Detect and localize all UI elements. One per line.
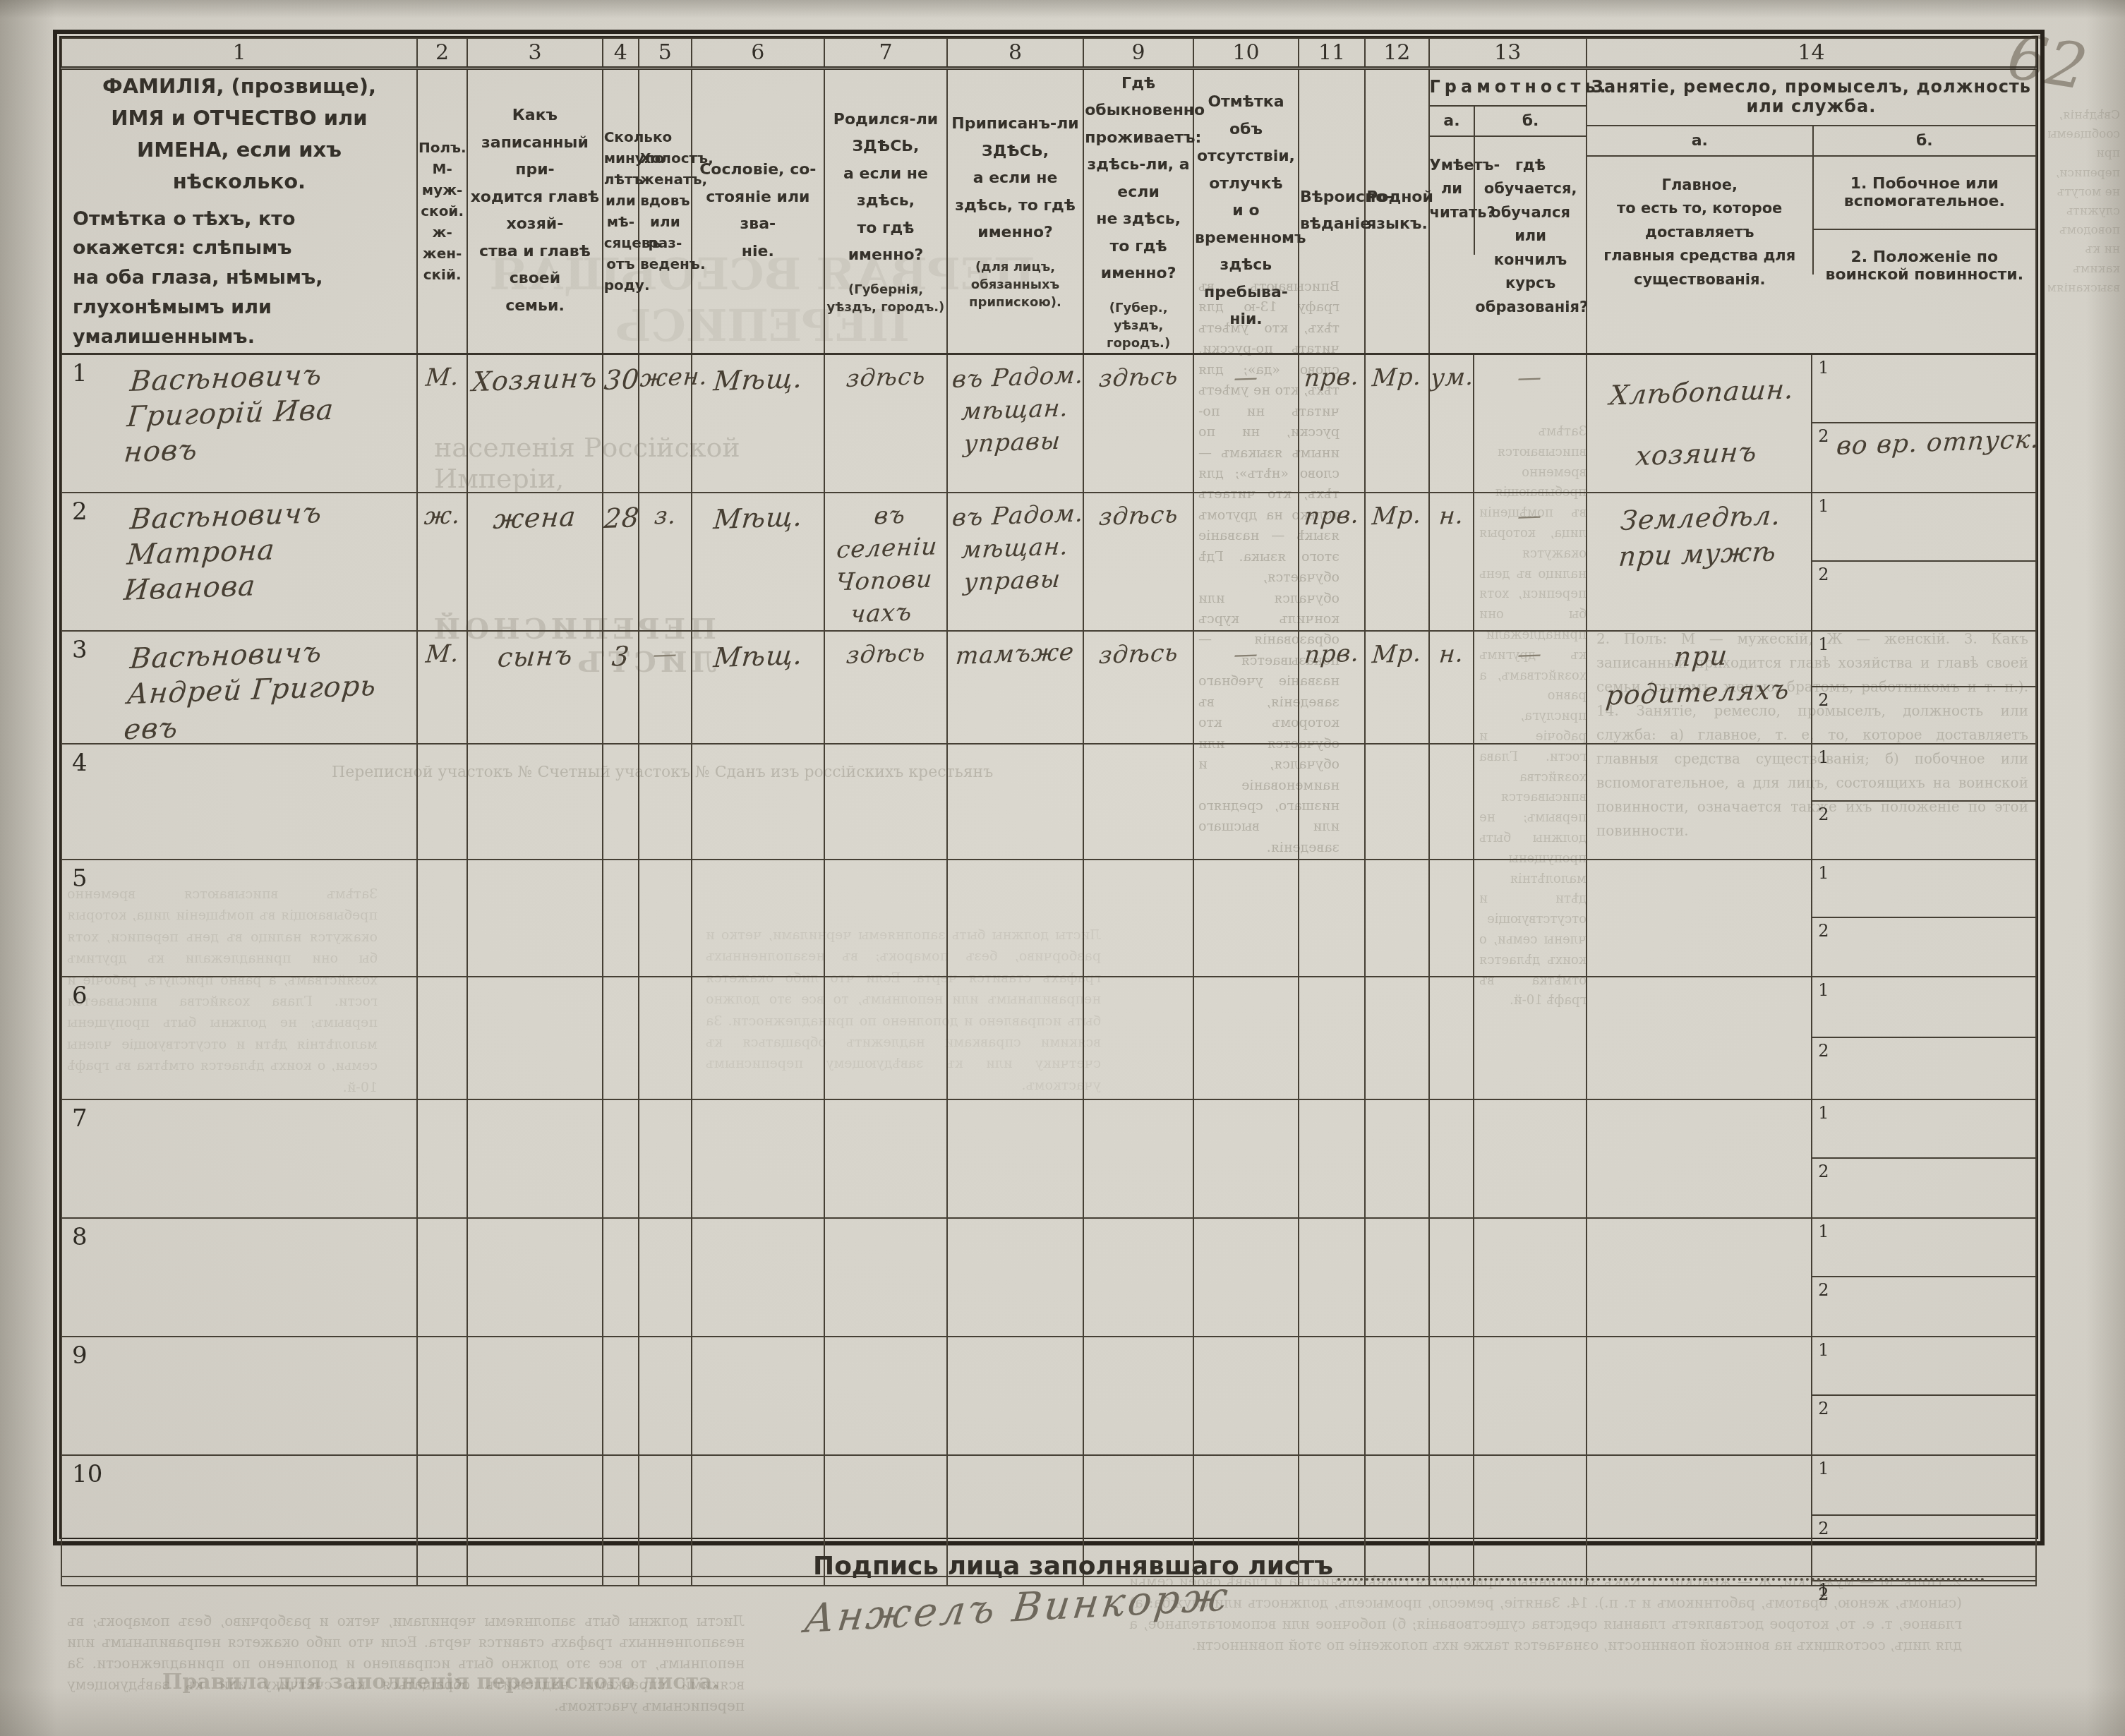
entry-age: 28 <box>602 500 641 537</box>
entry-marital: жен. <box>639 361 709 395</box>
header-estate-label: Сословіе, со- стояніе или зва- ніе. <box>693 157 824 265</box>
page-edge-shadow <box>0 0 2125 18</box>
entry-occupation-main: Хлѣбопашн. хозяинъ <box>1601 358 1796 489</box>
header-estate: Сословіе, со- стояніе или зва- ніе. <box>692 68 825 354</box>
census-table-frame: 1 2 3 4 5 6 7 8 9 10 11 12 13 14 ФАМИЛІЯ… <box>53 30 2045 1545</box>
entry-age: 30 <box>602 361 641 399</box>
row-number: 3 <box>72 636 88 664</box>
signature-line: Подпись лица заполнявшаго листъ <box>813 1551 1985 1581</box>
row-number: 9 <box>72 1342 88 1370</box>
entry-name: Васѣновичъ Матрона Иванова <box>122 495 323 608</box>
header-name-note: Отмѣтка о тѣхъ, кто окажется: слѣпымъ на… <box>63 198 416 352</box>
entry-occupation-main: Земледѣл. при мужѣ <box>1616 497 1783 575</box>
table-row: 3Васѣновичъ Андрей Григорь евъ М. сынъ 3… <box>61 631 2036 744</box>
table-row: 7 1 2 <box>61 1099 2036 1218</box>
entry-residence: здѣсь <box>1097 361 1180 396</box>
bleedthrough-margin: Свѣдѣнія, сообщаемыя при переписи, не мо… <box>2048 106 2120 1574</box>
col-number: 5 <box>639 38 691 68</box>
entry-religion: прв. <box>1303 638 1361 673</box>
header-name-column: ФАМИЛІЯ, (прозвище), ИМЯ и ОТЧЕСТВО или … <box>61 68 417 354</box>
col-number: 12 <box>1365 38 1428 68</box>
entry-sex: М. <box>424 638 461 672</box>
row-number: 8 <box>72 1223 88 1251</box>
entry-estate: Мѣщ. <box>711 637 804 677</box>
entry-language: Мр. <box>1371 638 1423 673</box>
header-row: ФАМИЛІЯ, (прозвище), ИМЯ и ОТЧЕСТВО или … <box>61 68 2036 354</box>
census-sheet-page: ПЕРВАЯ ВСЕОБЩАЯ ПЕРЕПИСЬ населенія Россі… <box>0 0 2125 1736</box>
entry-estate: Мѣщ. <box>711 498 804 538</box>
table-row: 6 1 2 <box>61 977 2036 1099</box>
header-sex-label: Полъ. М-муж- ской. ж-жен- скій. <box>419 137 466 285</box>
col-number: 13 <box>1429 38 1587 68</box>
entry-birthplace: здѣсь <box>845 361 927 396</box>
table-row: 4 1 2 <box>61 744 2036 860</box>
signature-dotted-line <box>1337 1551 1985 1581</box>
entry-relation: жена <box>492 498 578 538</box>
sub-row-2-label: 2 <box>1818 690 1829 710</box>
entry-estate: Мѣщ. <box>711 361 804 400</box>
entry-absence: — <box>1232 638 1260 671</box>
entry-language: Мр. <box>1371 361 1423 396</box>
entry-marital: — <box>651 638 679 671</box>
entry-relation: сынъ <box>495 637 574 676</box>
header-relation-label: Какъ записанный при- ходится главѣ хозяй… <box>469 102 601 320</box>
page-edge-shadow <box>0 0 56 1736</box>
entry-birthplace: въ селеніи Чопови чахъ <box>820 498 951 632</box>
sub-row-1-label: 1 <box>1818 1103 1829 1123</box>
header-literacy: Грамотность. а. Умѣетъ- ли читать? б. гд… <box>1429 68 1587 354</box>
page-edge-shadow <box>0 1687 2125 1736</box>
bleedthrough-rules-heading: Правила для заполненія переписного листа… <box>124 1670 759 1694</box>
sub-row-1-label: 1 <box>1818 634 1829 654</box>
row-number: 4 <box>72 749 88 777</box>
header-age: Сколько минуло лѣтъ или мѣ- сяцевъ отъ р… <box>603 68 639 354</box>
row-number: 5 <box>72 864 88 893</box>
entry-birthplace: здѣсь <box>845 637 927 673</box>
col-number: 7 <box>824 38 947 68</box>
entry-sex: ж. <box>423 500 462 534</box>
sub-row-2-label: 2 <box>1818 921 1829 941</box>
header-registration-note: (для лицъ, обязанныхъ припискою). <box>949 247 1082 312</box>
row-number: 10 <box>72 1460 102 1488</box>
row-number: 7 <box>72 1104 88 1133</box>
col-number: 1 <box>61 38 417 68</box>
sub-row-2-label: 2 <box>1818 1162 1829 1181</box>
sub-row-2-label: 2 <box>1818 1280 1829 1300</box>
header-absence-label: Отмѣтка объ отсутствіи, отлучкѣ и о врем… <box>1195 89 1297 334</box>
census-table: 1 2 3 4 5 6 7 8 9 10 11 12 13 14 ФАМИЛІЯ… <box>61 37 2037 1586</box>
header-residence: Гдѣ обыкновенно проживаетъ: здѣсь-ли, а … <box>1083 68 1193 354</box>
entry-education: — <box>1516 361 1543 394</box>
sub-row-2-label: 2 <box>1818 804 1829 824</box>
entry-occupation-main: при родителяхъ <box>1584 634 1813 715</box>
header-residence-main: Гдѣ обыкновенно проживаетъ: здѣсь-ли, а … <box>1085 71 1192 288</box>
row-number: 1 <box>72 359 88 387</box>
header-marital-label: Холостъ, женатъ, вдовъ или раз- веденъ. <box>640 147 690 275</box>
col-number: 3 <box>467 38 602 68</box>
header-registration-main: Приписанъ-ли ЗДѢСЬ, а если не здѣсь, то … <box>949 111 1082 247</box>
col-number: 14 <box>1587 38 2036 68</box>
col-number: 10 <box>1193 38 1299 68</box>
header-literacy-title: Грамотность. <box>1430 70 1586 107</box>
header-birthplace-main: Родился-ли ЗДѢСЬ, а если не здѣсь, то гд… <box>826 107 946 270</box>
entry-name: Васѣновичъ Григорій Ива новъ <box>123 357 339 471</box>
header-occupation-b-item1: 1. Побочное или вспомогательное. <box>1814 157 2035 229</box>
header-birthplace: Родился-ли ЗДѢСЬ, а если не здѣсь, то гд… <box>824 68 947 354</box>
entry-religion: прв. <box>1303 361 1361 396</box>
header-sex: Полъ. М-муж- ской. ж-жен- скій. <box>417 68 467 354</box>
entry-marital: з. <box>653 500 678 533</box>
entry-residence: здѣсь <box>1097 499 1180 534</box>
header-literacy-b-letter: б. <box>1475 107 1585 137</box>
header-religion-label: Вѣроиспо- вѣданіе. <box>1300 184 1364 239</box>
sub-row-2-label: 2 <box>1818 1519 1829 1538</box>
row-number: 2 <box>72 498 88 526</box>
header-religion: Вѣроиспо- вѣданіе. <box>1299 68 1365 354</box>
header-occupation-b-letter: б. <box>1814 126 2035 157</box>
entry-registration: въ Радом. мѣщан. управы <box>945 360 1085 462</box>
bleedthrough-block: 2. Полъ: М — мужескій, Ж — женскій. 3. К… <box>1129 1571 1962 1726</box>
entry-literacy: н. <box>1438 638 1465 671</box>
entry-relation: Хозяинъ <box>471 360 599 401</box>
header-occupation-b-item2: 2. Положеніе по воинской повинности. <box>1814 229 2035 302</box>
entry-residence: здѣсь <box>1097 637 1180 673</box>
sub-row-2-label: 2 <box>1818 1399 1829 1418</box>
col-number: 2 <box>417 38 467 68</box>
entry-education: — <box>1516 638 1543 671</box>
entry-absence: — <box>1232 361 1260 394</box>
header-occupation-title: Занятіе, ремесло, промыселъ, должность и… <box>1587 70 2035 126</box>
column-numbers-row: 1 2 3 4 5 6 7 8 9 10 11 12 13 14 <box>61 38 2036 68</box>
header-literacy-a-text: Умѣетъ- ли читать? <box>1430 137 1474 225</box>
entry-age: 3 <box>610 639 632 675</box>
col-number: 6 <box>692 38 825 68</box>
header-name-main: ФАМИЛІЯ, (прозвище), ИМЯ и ОТЧЕСТВО или … <box>63 71 416 198</box>
row-number: 6 <box>72 982 88 1010</box>
header-age-label: Сколько минуло лѣтъ или мѣ- сяцевъ отъ р… <box>604 126 637 296</box>
header-occupation: Занятіе, ремесло, промыселъ, должность и… <box>1587 68 2036 354</box>
entry-sex: М. <box>424 361 461 395</box>
entry-literacy: н. <box>1438 500 1465 533</box>
header-residence-note: (Губер., уѣздъ, городъ.) <box>1085 288 1192 353</box>
col-number: 4 <box>603 38 639 68</box>
entry-literacy: ум. <box>1429 361 1476 395</box>
col-number: 9 <box>1083 38 1193 68</box>
bleedthrough-block: Листы должны быть заполняемы чернилами, … <box>67 1610 745 1730</box>
header-literacy-a-letter: а. <box>1430 107 1474 137</box>
table-row: 5 1 2 <box>61 860 2036 977</box>
page-edge-shadow <box>2086 0 2125 1736</box>
entry-military: во вр. отпуск. <box>1835 423 2041 464</box>
signature-label: Подпись лица заполнявшаго листъ <box>813 1552 1333 1581</box>
header-marital: Холостъ, женатъ, вдовъ или раз- веденъ. <box>639 68 691 354</box>
sub-row-1-label: 1 <box>1818 1459 1829 1478</box>
entry-religion: прв. <box>1303 499 1361 534</box>
header-language: Родной языкъ. <box>1365 68 1428 354</box>
header-relation: Какъ записанный при- ходится главѣ хозяй… <box>467 68 602 354</box>
entry-registration: въ Радом. мѣщан. управы <box>945 498 1085 600</box>
col-number: 8 <box>947 38 1083 68</box>
table-row: 2Васѣновичъ Матрона Иванова ж. жена 28 з… <box>61 493 2036 632</box>
sub-row-1-label: 1 <box>1818 358 1829 378</box>
entry-registration: тамъже <box>954 637 1076 673</box>
sub-row-2-label: 2 <box>1818 426 1829 446</box>
sub-row-2-label: 2 <box>1818 565 1829 584</box>
sub-row-1-label: 1 <box>1818 496 1829 516</box>
sub-row-1-label: 1 <box>1818 863 1829 883</box>
table-row: 1Васѣновичъ Григорій Ива новъ М. Хозяинъ… <box>61 354 2036 493</box>
table-row: 9 1 2 <box>61 1337 2036 1455</box>
table-row: 8 1 2 <box>61 1218 2036 1337</box>
header-registration: Приписанъ-ли ЗДѢСЬ, а если не здѣсь, то … <box>947 68 1083 354</box>
sub-row-2-label: 2 <box>1818 1041 1829 1061</box>
sub-row-1-label: 1 <box>1818 1222 1829 1241</box>
sub-row-2-label: 2 <box>1818 1584 1829 1604</box>
sub-row-1-label: 1 <box>1818 747 1829 767</box>
sub-row-1-label: 1 <box>1818 1340 1829 1360</box>
header-occupation-a-letter: а. <box>1587 126 1812 157</box>
header-absence: Отмѣтка объ отсутствіи, отлучкѣ и о врем… <box>1193 68 1299 354</box>
header-birthplace-note: (Губернія, уѣздъ, городъ.) <box>826 270 946 316</box>
sub-row-1-label: 1 <box>1818 980 1829 1000</box>
col-number: 11 <box>1299 38 1365 68</box>
entry-language: Мр. <box>1371 499 1423 534</box>
entry-name: Васѣновичъ Андрей Григорь евъ <box>123 633 381 748</box>
entry-education: — <box>1516 500 1543 533</box>
header-occupation-a-text: Главное, то есть то, которое доставляетъ… <box>1587 157 1812 292</box>
header-language-label: Родной языкъ. <box>1366 184 1427 239</box>
header-literacy-b-text: гдѣ обучается, обучался или кончилъ курс… <box>1475 137 1585 320</box>
